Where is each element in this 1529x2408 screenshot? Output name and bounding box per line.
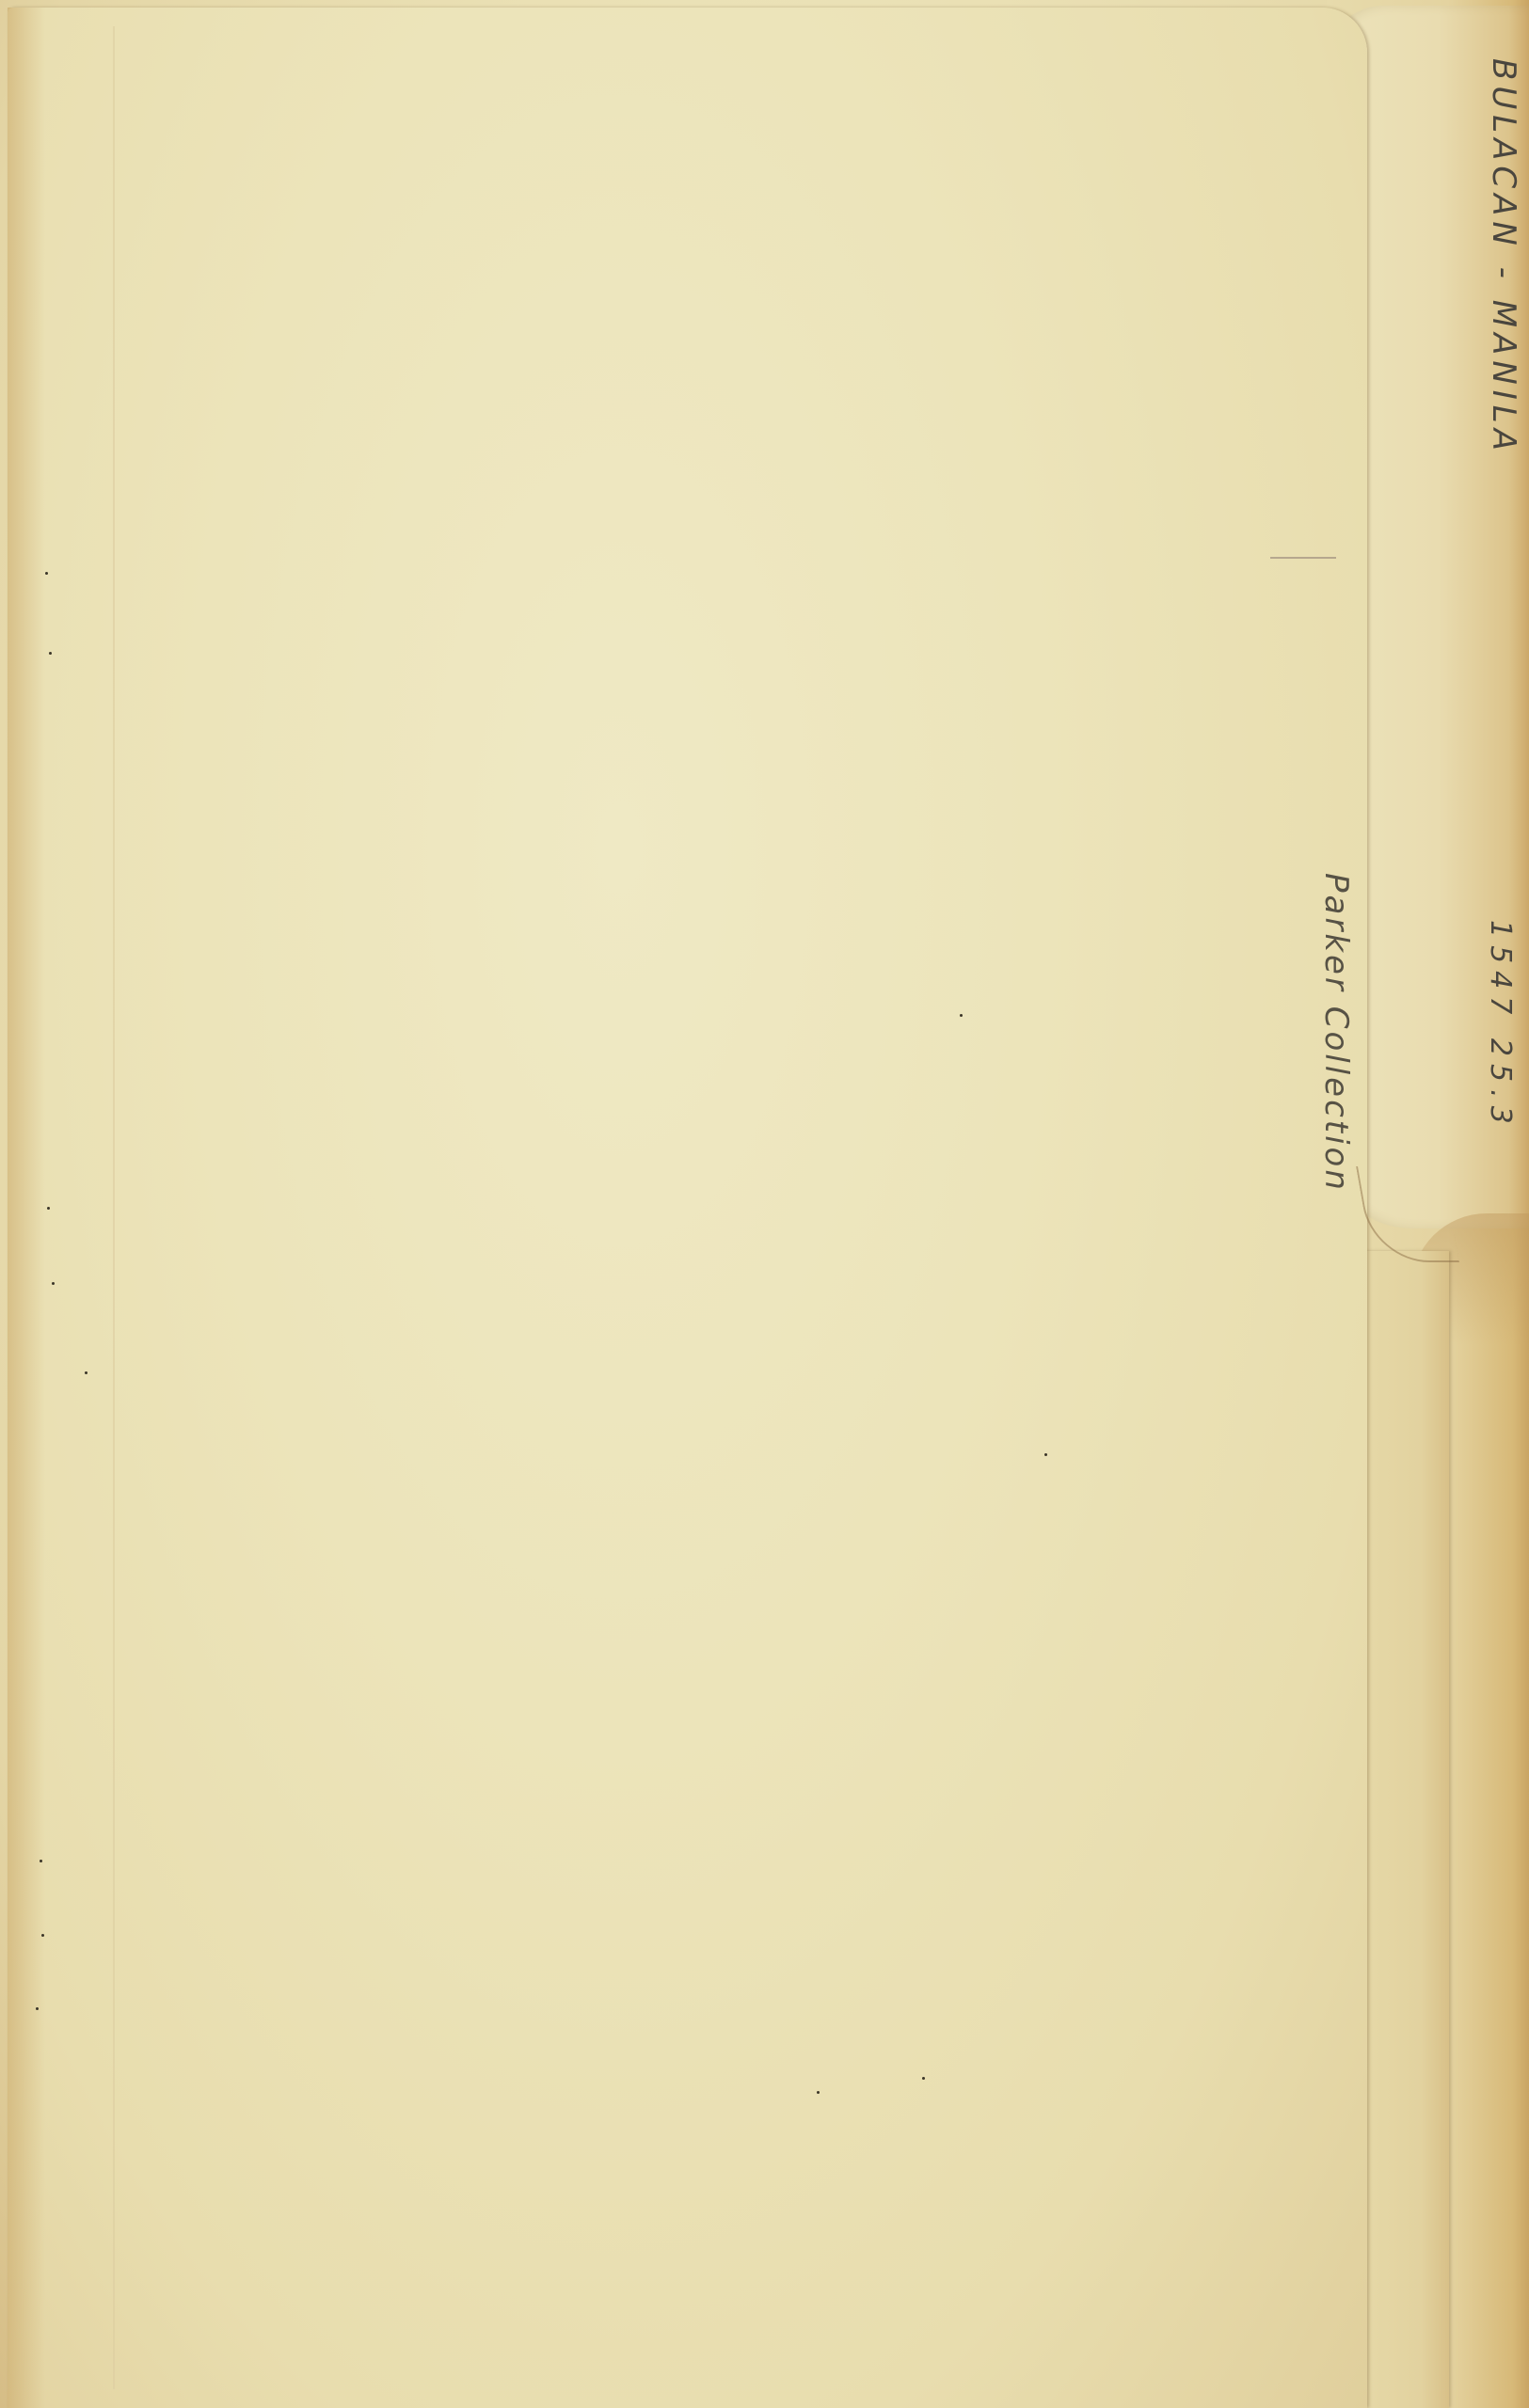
speck [47,1207,50,1210]
folder-front-lower-edge [1355,1251,1449,2408]
folder-front-panel [8,8,1367,2408]
speck [41,1934,44,1937]
speck [49,652,52,655]
catalog-number-text: 1547 25.3 [1484,920,1517,1132]
speck [85,1371,88,1374]
speck [40,1860,42,1862]
speck [922,2077,925,2080]
collection-note-text: Parker Collection [1317,873,1355,1193]
speck [45,572,48,575]
pencil-tick-mark [1270,557,1336,559]
speck [960,1014,963,1017]
speck [36,2007,39,2010]
speck [817,2091,820,2094]
speck [1044,1453,1047,1456]
speck [52,1282,55,1285]
tab-label-text: BULACAN - MANILA [1485,58,1522,456]
